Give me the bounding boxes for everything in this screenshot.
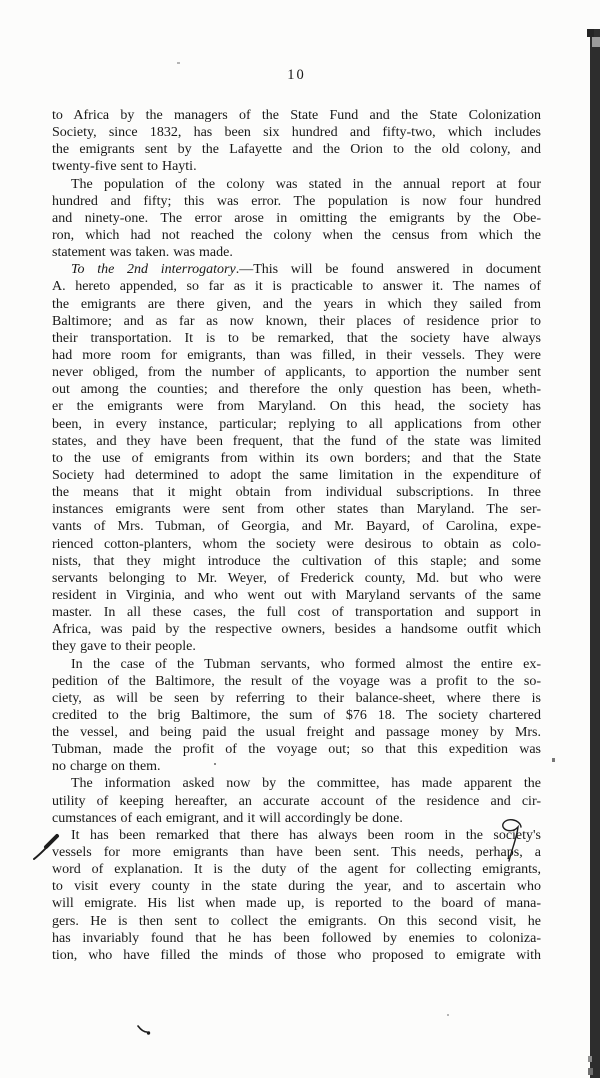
text-line: had more room for emigrants, than was fi… bbox=[52, 347, 541, 364]
text-line: In the case of the Tubman servants, who … bbox=[52, 656, 541, 673]
text-line: been, in every instance, particular; rep… bbox=[52, 416, 541, 433]
text-line: and ninety-one. The error arose in omitt… bbox=[52, 210, 541, 227]
text-line: the means that it might obtain from indi… bbox=[52, 484, 541, 501]
text-line: to visit every county in the state durin… bbox=[52, 878, 541, 895]
text-line: their transportation. It is to be remark… bbox=[52, 330, 541, 347]
page-number: 10 bbox=[52, 67, 541, 84]
ink-smudge-mark bbox=[137, 1024, 153, 1038]
text-line: Tubman, made the profit of the voyage ou… bbox=[52, 741, 541, 758]
scanned-page: 10 to Africa by the managers of the Stat… bbox=[0, 0, 600, 1078]
text-line: the emigrants sent by the Lafayette and … bbox=[52, 141, 541, 158]
paper-speck bbox=[552, 758, 555, 762]
text-line: To the 2nd interrogatory.—This will be f… bbox=[52, 261, 541, 278]
scan-edge-notch-small bbox=[588, 1056, 592, 1062]
italic-lead: To the 2nd interrogatory bbox=[71, 262, 236, 277]
pen-loop-mark bbox=[496, 816, 524, 864]
text-line: tion, who have filled the minds of those… bbox=[52, 947, 541, 964]
text-line: word of explanation. It is the duty of t… bbox=[52, 861, 541, 878]
text-line: to Africa by the managers of the State F… bbox=[52, 107, 541, 124]
text-line: The population of the colony was stated … bbox=[52, 176, 541, 193]
text-line: vessels for more emigrants than have bee… bbox=[52, 844, 541, 861]
text-line: master. In all these cases, the full cos… bbox=[52, 604, 541, 621]
text-line: no charge on them. bbox=[52, 758, 541, 775]
text-line: has invariably found that he has been fo… bbox=[52, 930, 541, 947]
text-line: ciety, as will be seen by referring to t… bbox=[52, 690, 541, 707]
text-line: resident in Virginia, and who went out w… bbox=[52, 587, 541, 604]
text-line: rienced cotton-planters, whom the societ… bbox=[52, 536, 541, 553]
scan-edge-strip bbox=[590, 29, 600, 1078]
pen-tick-mark bbox=[33, 833, 61, 861]
text-line: Baltimore; and as far as now known, thei… bbox=[52, 313, 541, 330]
text-line: gers. He is then sent to collect the emi… bbox=[52, 913, 541, 930]
text-line: never obliged, from the number of applic… bbox=[52, 364, 541, 381]
paper-speck bbox=[160, 420, 162, 422]
text-line: It has been remarked that there has alwa… bbox=[52, 827, 541, 844]
text-line: pedition of the Baltimore, the result of… bbox=[52, 673, 541, 690]
text-line: Society had determined to adopt the same… bbox=[52, 467, 541, 484]
text-line: er the emigrants were from Maryland. On … bbox=[52, 398, 541, 415]
paper-speck bbox=[177, 62, 180, 64]
text-block: to Africa by the managers of the State F… bbox=[52, 107, 541, 964]
text-line: The information asked now by the committ… bbox=[52, 775, 541, 792]
scan-edge-notch-small bbox=[588, 1068, 593, 1075]
text-line: hundred and fifty; this was error. The p… bbox=[52, 193, 541, 210]
text-line: statement was taken. was made. bbox=[52, 244, 541, 261]
scan-edge-notch-light bbox=[592, 37, 600, 47]
text-line: ron, which had not reached the colony wh… bbox=[52, 227, 541, 244]
text-line: credited to the brig Baltimore, the sum … bbox=[52, 707, 541, 724]
text-line: the emigrants are there given, and the y… bbox=[52, 296, 541, 313]
text-line: states, and they have been frequent, tha… bbox=[52, 433, 541, 450]
scan-edge-tab bbox=[587, 29, 594, 37]
text-line: servants belonging to Mr. Weyer, of Fred… bbox=[52, 570, 541, 587]
text-line: utility of keeping hereafter, an accurat… bbox=[52, 793, 541, 810]
text-line: cumstances of each emigrant, and it will… bbox=[52, 810, 541, 827]
text-line: instances emigrants were sent from other… bbox=[52, 501, 541, 518]
text-line: to the use of emigrants from within its … bbox=[52, 450, 541, 467]
text-line: nists, that they might introduce the cul… bbox=[52, 553, 541, 570]
text-line: vants of Mrs. Tubman, of Georgia, and Mr… bbox=[52, 518, 541, 535]
text-line: twenty-five sent to Hayti. bbox=[52, 158, 541, 175]
text-line: Society, since 1832, has been six hundre… bbox=[52, 124, 541, 141]
text-line: they gave to their people. bbox=[52, 638, 541, 655]
text-line: Africa, was paid by the respective owner… bbox=[52, 621, 541, 638]
paper-speck bbox=[447, 1014, 449, 1016]
paper-speck bbox=[214, 763, 216, 765]
text-line: the vessel, and being paid the usual fre… bbox=[52, 724, 541, 741]
text-line: A. hereto appended, so far as it is prac… bbox=[52, 278, 541, 295]
text-line: will emigrate. His list when made up, is… bbox=[52, 895, 541, 912]
text-line: out among the counties; and therefore th… bbox=[52, 381, 541, 398]
